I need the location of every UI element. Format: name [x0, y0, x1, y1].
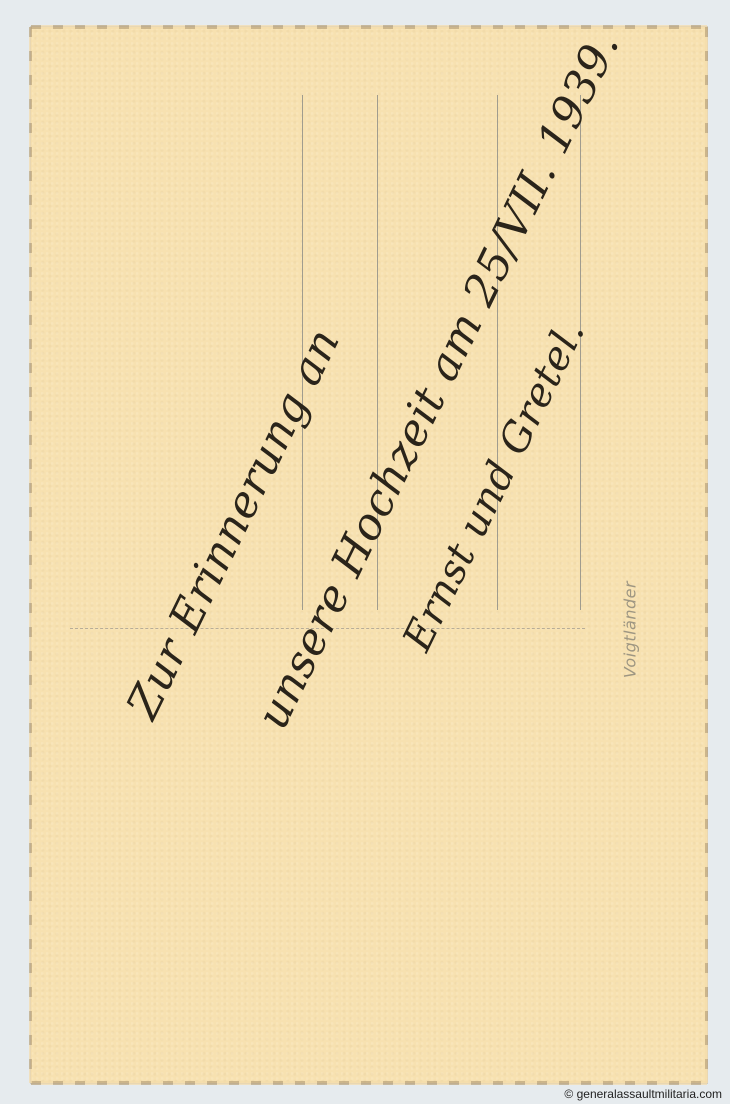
address-rule-3	[497, 95, 498, 610]
deckled-edge-bottom	[31, 1081, 707, 1085]
deckled-edge-left	[29, 27, 32, 1083]
deckled-edge-top	[31, 25, 707, 29]
deckled-edge-right	[705, 27, 708, 1083]
printer-mark: Voigtländer	[621, 575, 640, 685]
copyright-watermark: © generalassaultmilitaria.com	[564, 1087, 722, 1101]
